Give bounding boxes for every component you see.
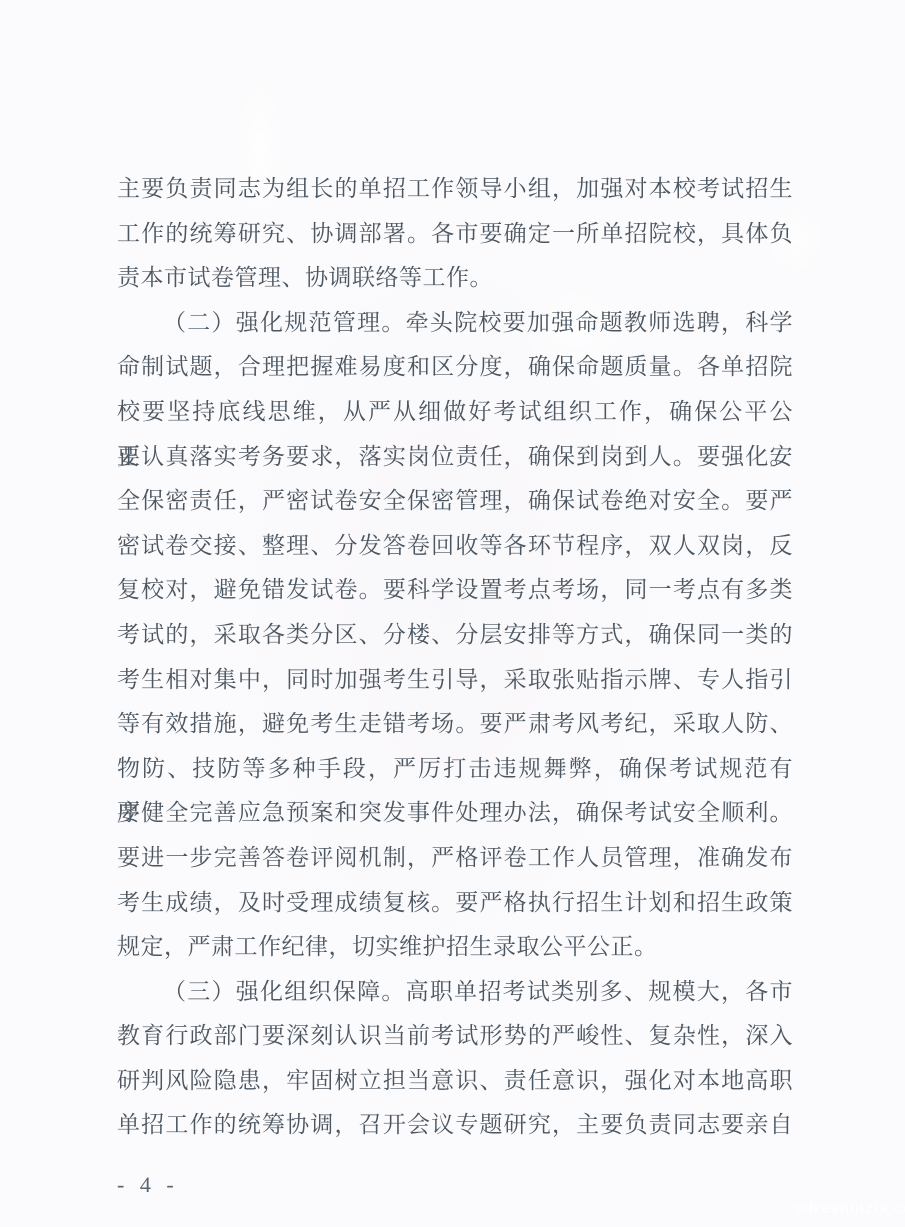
text-line: 考生相对集中，同时加强考生引导，采取张贴指示牌、专人指引 [117,658,793,703]
text-line: 要健全完善应急预案和突发事件处理办法，确保考试安全顺利。 [117,791,793,836]
text-line: 校要坚持底线思维，从严从细做好考试组织工作，确保公平公正。 [117,390,793,435]
text-line: 单招工作的统筹协调，召开会议专题研究，主要负责同志要亲自 [117,1103,793,1148]
text-line: 教育行政部门要深刻认识当前考试形势的严峻性、复杂性，深入 [117,1014,793,1059]
text-line: 工作的统筹研究、协调部署。各市要确定一所单招院校，具体负 [117,212,793,257]
document-body: 主要负责同志为组长的单招工作领导小组，加强对本校考试招生工作的统筹研究、协调部署… [117,167,793,1148]
text-line: 责本市试卷管理、协调联络等工作。 [117,256,793,301]
text-line: 要认真落实考务要求，落实岗位责任，确保到岗到人。要强化安 [117,435,793,480]
text-line: （三）强化组织保障。高职单招考试类别多、规模大，各市 [117,970,793,1015]
text-line: 主要负责同志为组长的单招工作领导小组，加强对本校考试招生 [117,167,793,212]
text-line: 规定，严肃工作纪律，切实维护招生录取公平公正。 [117,925,793,970]
text-line: 全保密责任，严密试卷安全保密管理，确保试卷绝对安全。要严 [117,479,793,524]
text-line: 命制试题，合理把握难易度和区分度，确保命题质量。各单招院 [117,345,793,390]
text-line: 考试的，采取各类分区、分楼、分层安排等方式，确保同一类的 [117,613,793,658]
text-line: 复校对，避免错发试卷。要科学设置考点考场，同一考点有多类 [117,568,793,613]
text-line: 密试卷交接、整理、分发答卷回收等各环节程序，双人双岗，反 [117,524,793,569]
text-line: 考生成绩，及时受理成绩复核。要严格执行招生计划和招生政策 [117,881,793,926]
text-line: （二）强化规范管理。牵头院校要加强命题教师选聘，科学 [117,301,793,346]
text-line: 研判风险隐患，牢固树立担当意识、责任意识，强化对本地高职 [117,1059,793,1104]
text-line: 要进一步完善答卷评阅机制，严格评卷工作人员管理，准确发布 [117,836,793,881]
page-number: - 4 - [117,1170,179,1200]
watermark-text: cdreshuizix.co [795,1200,905,1217]
text-line: 物防、技防等多种手段，严厉打击违规舞弊，确保考试规范有序。 [117,747,793,792]
text-line: 等有效措施，避免考生走错考场。要严肃考风考纪，采取人防、 [117,702,793,747]
